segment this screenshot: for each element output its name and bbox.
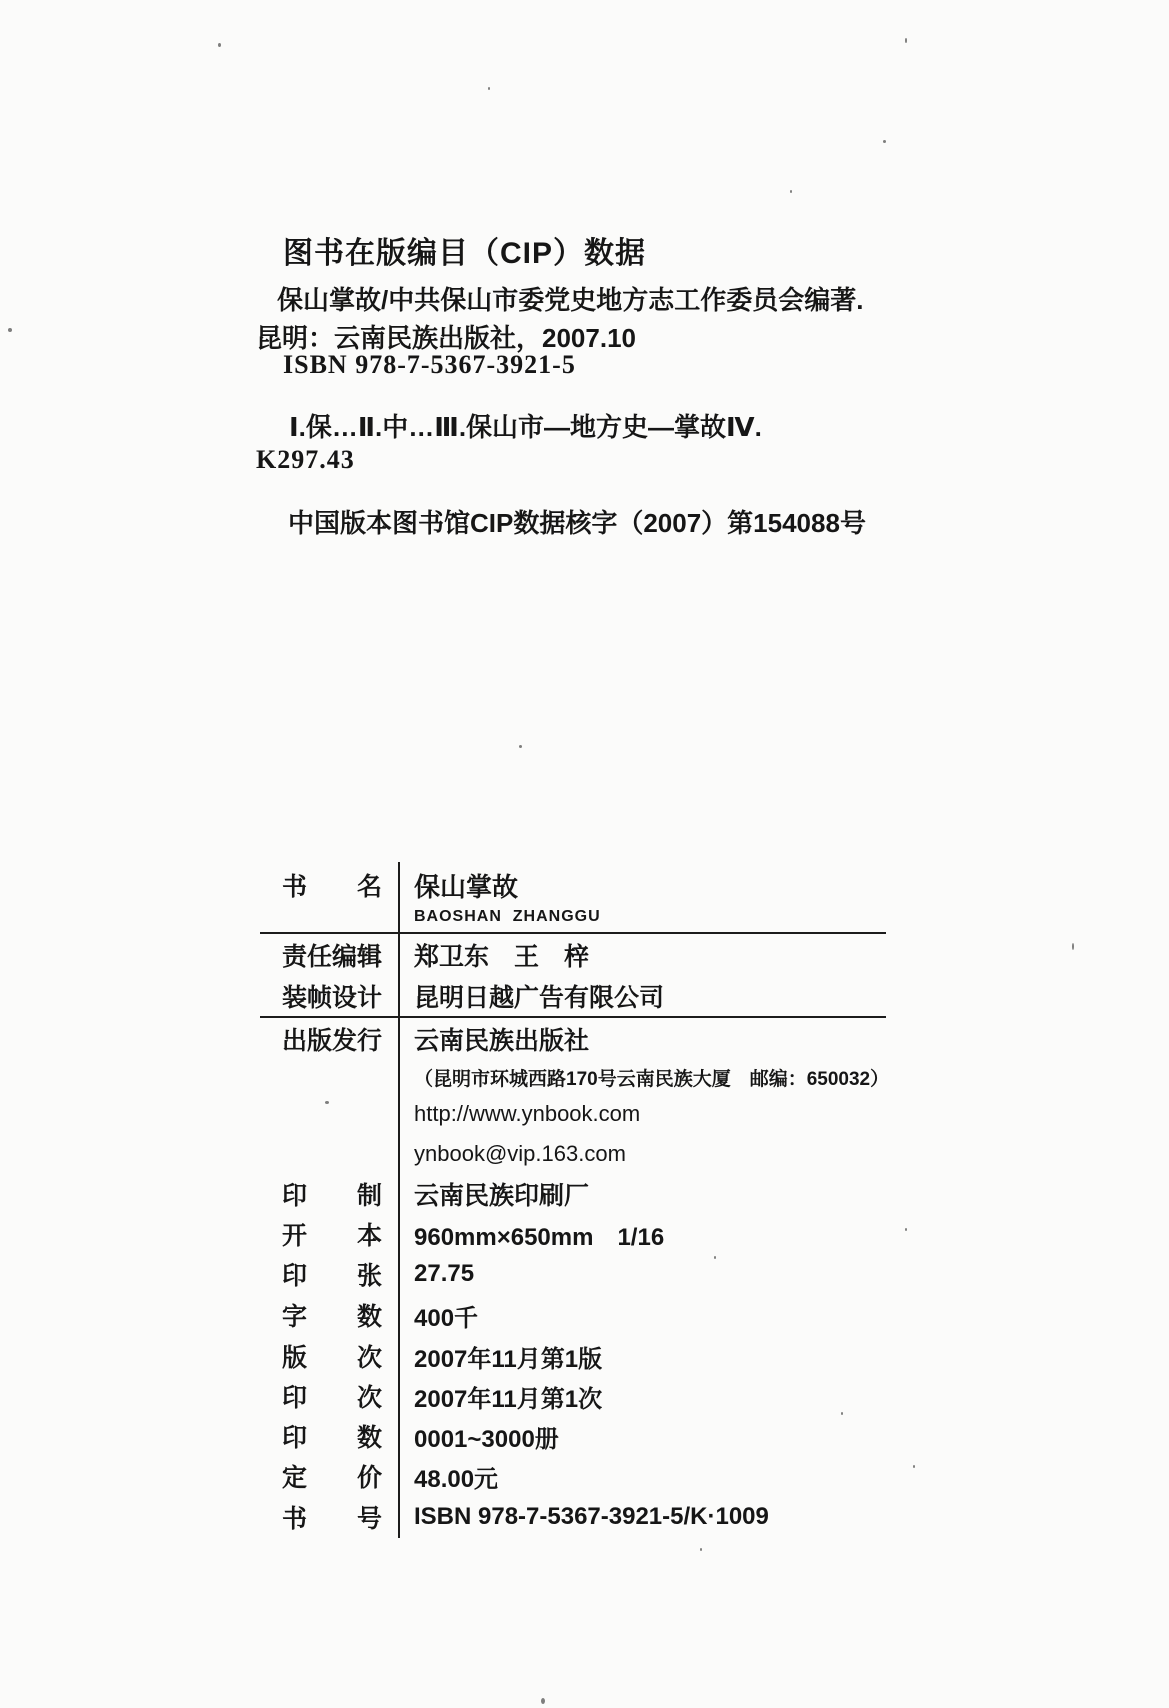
- value-email: ynbook@vip.163.com: [398, 1134, 886, 1174]
- scan-speck: [913, 1465, 915, 1468]
- scan-speck: [905, 38, 907, 43]
- cip-entry-title-author: 保山掌故/中共保山市委党史地方志工作委员会编著.: [277, 280, 863, 317]
- row-book-title: 书 名 保山掌故: [260, 862, 886, 908]
- label-edition: 版 次: [260, 1338, 398, 1374]
- value-editor: 郑卫东 王 梓: [398, 934, 886, 976]
- value-impression: 2007年11月第1次: [398, 1376, 886, 1416]
- scan-speck: [488, 87, 490, 90]
- row-printer: 印 制 云南民族印刷厂: [260, 1174, 886, 1214]
- scan-speck: [218, 43, 221, 47]
- value-book-number: ISBN 978-7-5367-3921-5/K·1009: [398, 1496, 886, 1538]
- row-print-run: 印 数 0001~3000册: [260, 1416, 886, 1456]
- value-edition: 2007年11月第1版: [398, 1336, 886, 1376]
- value-sheets: 27.75: [398, 1254, 886, 1294]
- scan-speck: [905, 1228, 907, 1231]
- label-price: 定 价: [260, 1458, 398, 1494]
- value-print-run: 0001~3000册: [398, 1416, 886, 1456]
- row-design: 装帧设计 昆明日越广告有限公司: [260, 976, 886, 1016]
- scan-speck: [541, 1698, 545, 1704]
- scan-speck: [8, 328, 12, 332]
- cip-classification: Ⅰ.保…Ⅱ.中…Ⅲ.保山市—地方史—掌故Ⅳ.: [289, 407, 762, 444]
- label-impression: 印 次: [260, 1378, 398, 1414]
- label-word-count: 字 数: [260, 1297, 398, 1333]
- row-sheets: 印 张 27.75: [260, 1254, 886, 1294]
- cip-class-code: K297.43: [256, 445, 355, 475]
- label-book-title: 书 名: [260, 867, 398, 903]
- value-price: 48.00元: [398, 1456, 886, 1496]
- label-publisher: 出版发行: [260, 1021, 398, 1057]
- label-book-number: 书 号: [260, 1499, 398, 1535]
- row-impression: 印 次 2007年11月第1次: [260, 1376, 886, 1416]
- row-publisher: 出版发行 云南民族出版社: [260, 1018, 886, 1060]
- row-book-title-pinyin: BAOSHAN ZHANGGU: [260, 908, 886, 932]
- label-print-run: 印 数: [260, 1418, 398, 1454]
- value-book-title: 保山掌故: [398, 862, 886, 908]
- scan-speck: [1072, 943, 1074, 950]
- value-website-url: http://www.ynbook.com: [398, 1094, 886, 1134]
- row-publisher-address: （昆明市环城西路170号云南民族大厦 邮编：650032）: [260, 1060, 886, 1094]
- cip-isbn: ISBN 978-7-5367-3921-5: [283, 350, 576, 380]
- value-format: 960mm×650mm 1/16: [398, 1214, 886, 1254]
- row-price: 定 价 48.00元: [260, 1456, 886, 1496]
- scan-speck: [519, 745, 522, 748]
- row-format: 开 本 960mm×650mm 1/16: [260, 1214, 886, 1254]
- value-book-title-pinyin: BAOSHAN ZHANGGU: [398, 908, 886, 932]
- value-printer: 云南民族印刷厂: [398, 1174, 886, 1214]
- row-email: ynbook@vip.163.com: [260, 1134, 886, 1174]
- value-word-count: 400千: [398, 1294, 886, 1336]
- scan-speck: [700, 1548, 702, 1551]
- scan-speck: [325, 1101, 329, 1104]
- scan-speck: [790, 190, 792, 193]
- label-format: 开 本: [260, 1216, 398, 1252]
- cip-record-number: 中国版本图书馆CIP数据核字（2007）第154088号: [288, 503, 866, 540]
- row-book-number: 书 号 ISBN 978-7-5367-3921-5/K·1009: [260, 1496, 886, 1538]
- colophon-table: 书 名 保山掌故 BAOSHAN ZHANGGU 责任编辑 郑卫东 王 梓 装帧…: [260, 862, 886, 1538]
- row-website: http://www.ynbook.com: [260, 1094, 886, 1134]
- label-design: 装帧设计: [260, 978, 398, 1014]
- row-editor: 责任编辑 郑卫东 王 梓: [260, 934, 886, 976]
- row-word-count: 字 数 400千: [260, 1294, 886, 1336]
- label-printer: 印 制: [260, 1176, 398, 1212]
- value-publisher: 云南民族出版社: [398, 1018, 886, 1060]
- label-sheets: 印 张: [260, 1256, 398, 1292]
- scan-speck: [714, 1256, 716, 1259]
- label-editor: 责任编辑: [260, 937, 398, 973]
- value-publisher-address: （昆明市环城西路170号云南民族大厦 邮编：650032）: [398, 1060, 889, 1094]
- scan-speck: [883, 140, 886, 143]
- row-edition: 版 次 2007年11月第1版: [260, 1336, 886, 1376]
- scan-speck: [841, 1412, 843, 1415]
- cip-block-title: 图书在版编目（CIP）数据: [283, 228, 646, 272]
- value-design: 昆明日越广告有限公司: [398, 976, 886, 1016]
